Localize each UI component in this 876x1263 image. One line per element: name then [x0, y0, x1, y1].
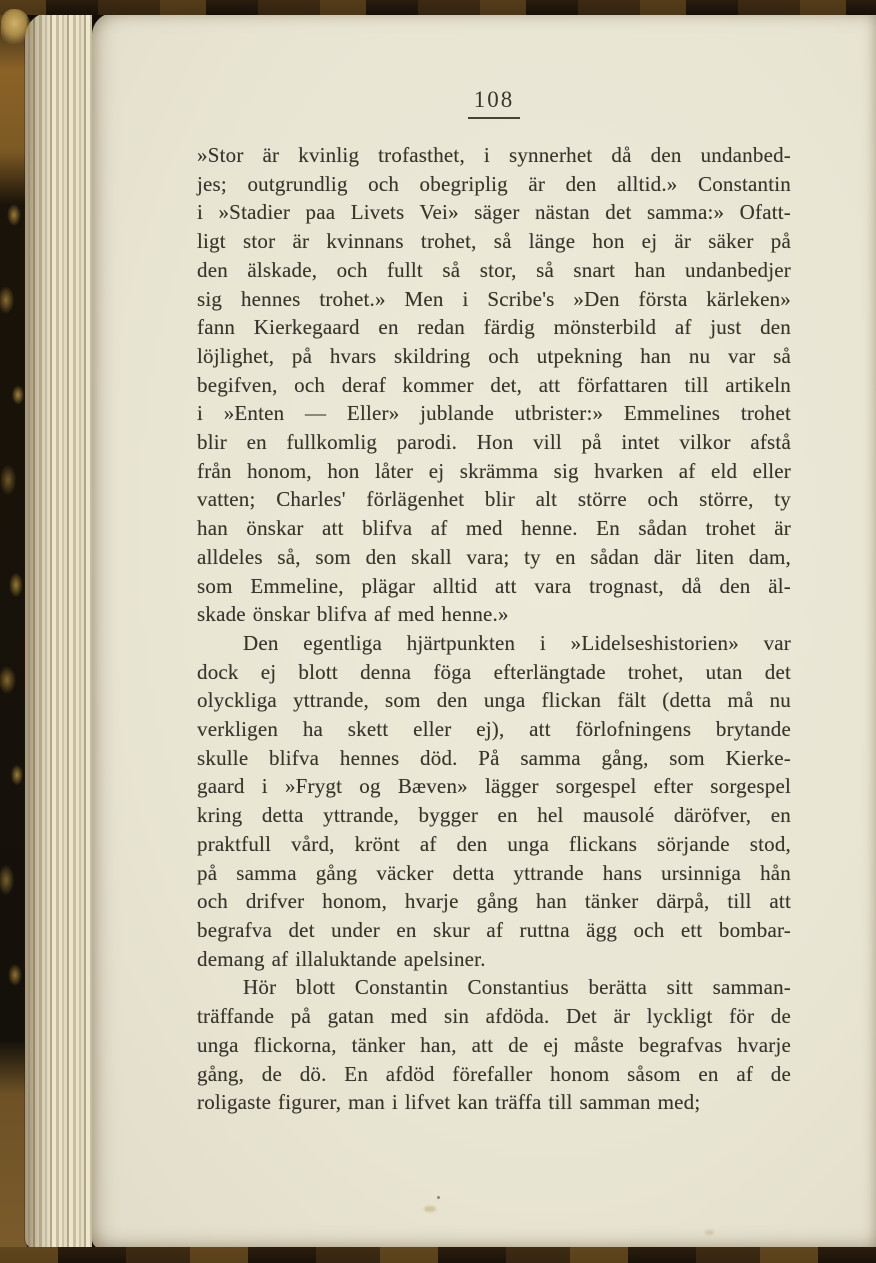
- paper-stain: [424, 1206, 436, 1212]
- text-line: verkligen ha skett eller ej), att förlof…: [197, 715, 791, 744]
- text-line: Den egentliga hjärtpunkten i »Lidelseshi…: [197, 629, 791, 658]
- text-line: begrafva det under en skur af ruttna ägg…: [197, 916, 791, 945]
- text-line: löjlighet, på hvars skildring och utpekn…: [197, 342, 791, 371]
- page-edges-stack: [25, 12, 92, 1250]
- text-line: demang af illaluktande apelsiner.: [197, 945, 791, 974]
- paragraph: Den egentliga hjärtpunkten i »Lidelseshi…: [197, 629, 791, 973]
- text-line: kring detta yttrande, bygger en hel maus…: [197, 801, 791, 830]
- text-line: vatten; Charles' förlägenhet blir alt st…: [197, 485, 791, 514]
- text-line: sig hennes trohet.» Men i Scribe's »Den …: [197, 285, 791, 314]
- text-line: alldeles så, som den skall vara; ty en s…: [197, 543, 791, 572]
- text-line: olyckliga yttrande, som den unga flickan…: [197, 686, 791, 715]
- text-line: i »Enten — Eller» jublande utbrister:» E…: [197, 399, 791, 428]
- book-cover-top-edge: [0, 0, 876, 15]
- text-line: träffande på gatan med sin afdöda. Det ä…: [197, 1002, 791, 1031]
- text-line: praktfull vård, krönt af den unga flicka…: [197, 830, 791, 859]
- text-line: på samma gång väcker detta yttrande hans…: [197, 859, 791, 888]
- text-line: som Emmeline, plägar alltid att vara tro…: [197, 572, 791, 601]
- text-line: jes; outgrundlig och obegriplig är den a…: [197, 170, 791, 199]
- text-line: fann Kierkegaard en redan färdig mönster…: [197, 313, 791, 342]
- page-number: 108: [197, 87, 791, 119]
- text-line: begifven, och deraf kommer det, att förf…: [197, 371, 791, 400]
- paragraph: Hör blott Constantin Constantius berätta…: [197, 973, 791, 1117]
- text-line: gaard i »Frygt og Bæven» lägger sorgespe…: [197, 772, 791, 801]
- text-line: gång, de dö. En afdöd förefaller honom s…: [197, 1060, 791, 1089]
- page-text: »Stor är kvinlig trofasthet, i synnerhet…: [197, 141, 791, 1117]
- text-line: den älskade, och fullt så stor, så snart…: [197, 256, 791, 285]
- book-spine-marbled-edge: [0, 0, 27, 1263]
- worn-corner: [1, 9, 31, 45]
- book-cover-bottom-edge: [0, 1247, 876, 1263]
- text-line: Hör blott Constantin Constantius berätta…: [197, 973, 791, 1002]
- paragraph: »Stor är kvinlig trofasthet, i synnerhet…: [197, 141, 791, 629]
- book-scan: 108 »Stor är kvinlig trofasthet, i synne…: [0, 0, 876, 1263]
- page-number-value: 108: [474, 87, 515, 112]
- text-line: skulle blifva hennes död. På samma gång,…: [197, 744, 791, 773]
- text-line: ligt stor är kvinnans trohet, så länge h…: [197, 227, 791, 256]
- text-line: dock ej blott denna föga efterlängtade t…: [197, 658, 791, 687]
- text-line: blir en fullkomlig parodi. Hon vill på i…: [197, 428, 791, 457]
- paper-stain: [705, 1230, 714, 1235]
- paper-speck: [437, 1196, 440, 1199]
- text-line: i »Stadier paa Livets Vei» säger nästan …: [197, 198, 791, 227]
- text-line: »Stor är kvinlig trofasthet, i synnerhet…: [197, 141, 791, 170]
- text-line: från honom, hon låter ej skrämma sig hva…: [197, 457, 791, 486]
- text-line: unga flickorna, tänker han, att de ej må…: [197, 1031, 791, 1060]
- text-line: han önskar att blifva af med henne. En s…: [197, 514, 791, 543]
- page-number-rule: [468, 117, 520, 119]
- text-line: roligaste figurer, man i lifvet kan träf…: [197, 1088, 791, 1117]
- text-line: skade önskar blifva af med henne.»: [197, 600, 791, 629]
- text-line: och drifver honom, hvarje gång han tänke…: [197, 887, 791, 916]
